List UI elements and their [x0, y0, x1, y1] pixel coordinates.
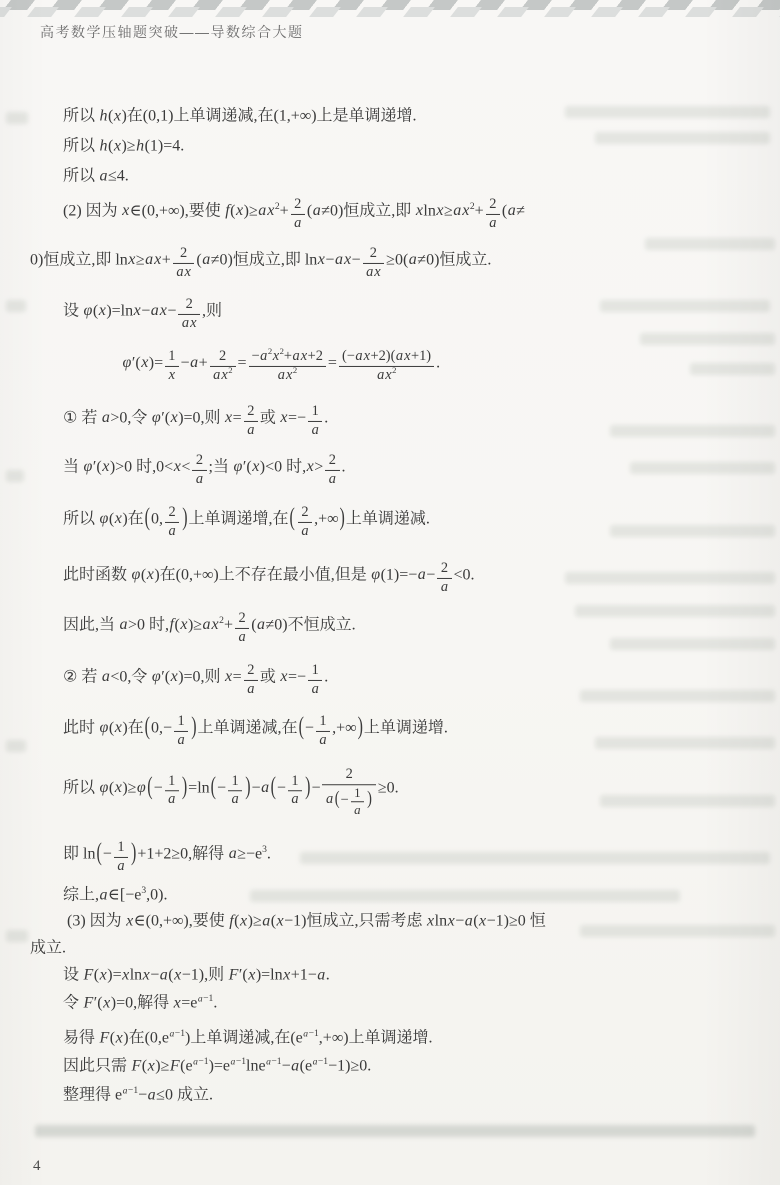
- book-page: 高考数学压轴题突破——导数综合大题 所以 h(x)在(0,1)上单调递减,在(1…: [0, 0, 780, 1185]
- bleed-smudge: [600, 795, 775, 807]
- page-header-title: 高考数学压轴题突破——导数综合大题: [40, 22, 304, 42]
- conclusion-line: 综上,a∈[−e3,0).: [63, 885, 167, 904]
- bleed-smudge: [630, 462, 775, 474]
- solution-line: 因此,当 a>0 时,f(x)≥ax2+2a(a≠0)不恒成立.: [63, 611, 356, 645]
- solution-line-part2: (2) 因为 x∈(0,+∞),要使 f(x)≥ax2+2a(a≠0)恒成立,即…: [63, 197, 525, 231]
- bleed-smudge: [565, 106, 770, 118]
- solution-line: 此时 φ(x)在(0,−1a)上单调递减,在(−1a,+∞)上单调递增.: [63, 714, 448, 748]
- bleed-smudge: [600, 300, 770, 312]
- solution-line: 设 φ(x)=lnx−ax−2ax,则: [63, 297, 222, 331]
- bleed-smudge: [6, 112, 28, 124]
- bleed-smudge: [595, 737, 775, 749]
- solution-line: 此时函数 φ(x)在(0,+∞)上不存在最小值,但是 φ(1)=−a−2a<0.: [63, 561, 475, 595]
- bleed-smudge: [6, 740, 26, 752]
- solution-line: 所以 φ(x)≥φ(−1a)=ln(−1a)−a(−1a)−2a(−1a)≥0.: [63, 767, 399, 817]
- solution-line-part3: (3) 因为 x∈(0,+∞),要使 f(x)≥a(x−1)恒成立,只需考虑 x…: [67, 911, 546, 930]
- stripe-row-light: [0, 7, 780, 17]
- bleed-smudge: [6, 470, 24, 482]
- case-2-line: ② 若 a<0,令 φ′(x)=0,则 x=2a或 x=−1a.: [63, 663, 328, 697]
- solution-line: 所以 a≤4.: [63, 166, 129, 185]
- case-1-line: ① 若 a>0,令 φ′(x)=0,则 x=2a或 x=−1a.: [63, 404, 328, 438]
- bleed-smudge: [580, 925, 775, 937]
- derivative-formula-line: φ′(x)=1x−a+2ax2=−a2x2+ax+2ax2=(−ax+2)(ax…: [122, 349, 440, 383]
- solution-line: 易得 F(x)在(0,ea−1)上单调递减,在(ea−1,+∞)上单调递增.: [63, 1028, 433, 1047]
- bleed-smudge: [610, 425, 775, 437]
- bleed-smudge: [300, 852, 770, 864]
- solution-line: 成立.: [30, 938, 66, 957]
- bleed-smudge: [595, 132, 770, 144]
- bleed-smudge: [645, 238, 775, 250]
- bleed-smudge: [35, 1125, 755, 1137]
- solution-line: 令 F′(x)=0,解得 x=ea−1.: [63, 993, 217, 1012]
- bleed-smudge: [565, 572, 775, 584]
- solution-line: 即 ln(−1a)+1+2≥0,解得 a≥−e3.: [63, 840, 271, 874]
- bleed-smudge: [575, 605, 775, 617]
- bleed-smudge: [580, 690, 775, 702]
- solution-line: 所以 h(x)≥h(1)=4.: [63, 136, 184, 155]
- solution-line: 因此只需 F(x)≥F(ea−1)=ea−1lnea−1−a(ea−1−1)≥0…: [63, 1056, 371, 1075]
- bleed-smudge: [610, 525, 775, 537]
- bleed-smudge: [6, 300, 26, 312]
- solution-line: 当 φ′(x)>0 时,0<x<2a;当 φ′(x)<0 时,x>2a.: [63, 453, 346, 487]
- bleed-smudge: [690, 363, 775, 375]
- bleed-smudge: [6, 930, 28, 942]
- solution-line: 设 F(x)=xlnx−a(x−1),则 F′(x)=lnx+1−a.: [63, 965, 330, 984]
- bleed-smudge: [250, 890, 680, 902]
- bleed-smudge: [640, 333, 775, 345]
- solution-line: 0)恒成立,即 lnx≥ax+2ax(a≠0)恒成立,即 lnx−ax−2ax≥…: [30, 246, 491, 280]
- solution-line: 整理得 ea−1−a≤0 成立.: [63, 1085, 213, 1104]
- header-stripe-decoration: [0, 0, 780, 19]
- bleed-smudge: [610, 638, 775, 650]
- page-number: 4: [33, 1158, 41, 1175]
- solution-line: 所以 φ(x)在(0,2a)上单调递增,在(2a,+∞)上单调递减.: [63, 505, 430, 539]
- solution-line: 所以 h(x)在(0,1)上单调递减,在(1,+∞)上是单调递增.: [63, 106, 417, 125]
